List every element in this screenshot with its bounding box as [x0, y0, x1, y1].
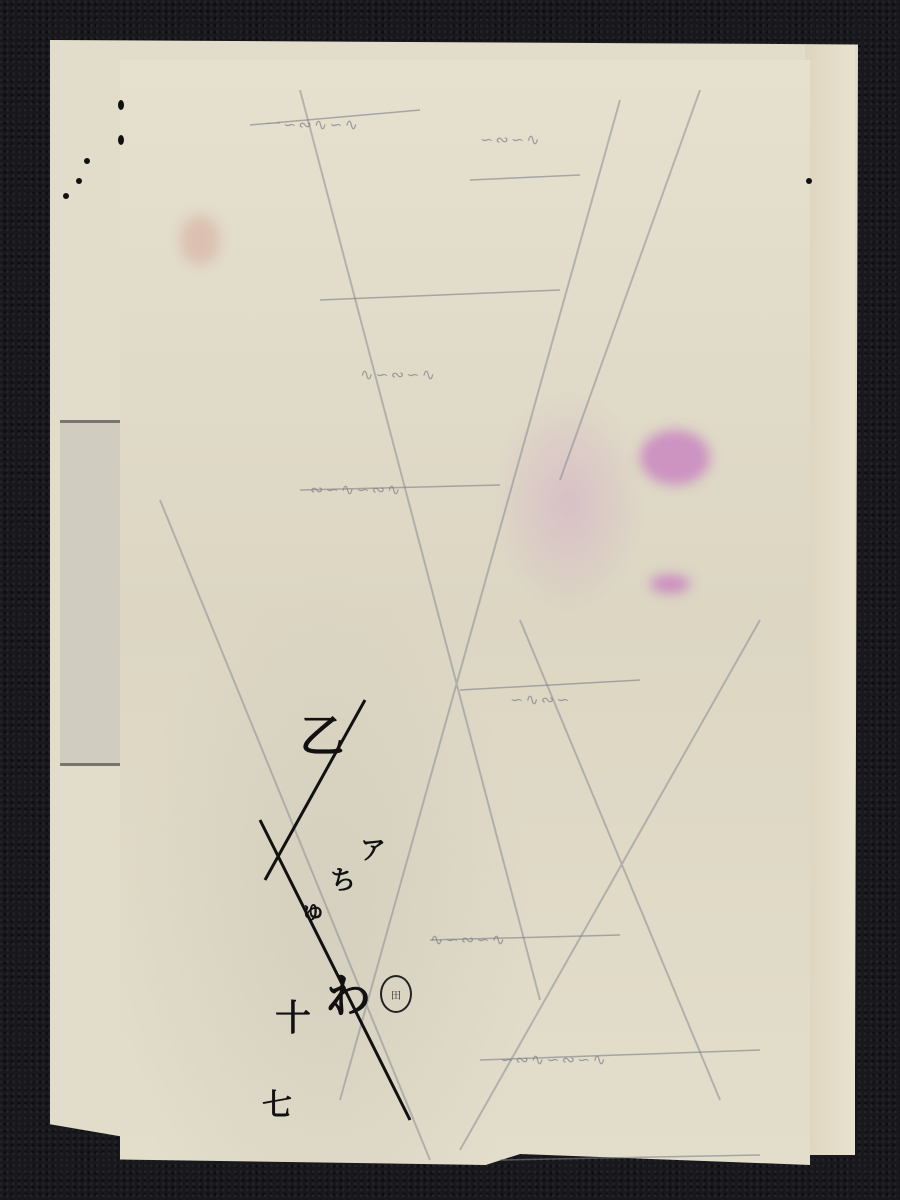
cross-out-lines: [0, 0, 900, 1200]
pencil-text: ∿∽∾∽∿: [430, 930, 507, 949]
binding-hole: [118, 135, 124, 145]
ink-glyph: 十: [275, 990, 311, 1041]
ink-glyph: ゅ: [300, 890, 326, 927]
pencil-text: ∽∿∾∽: [510, 690, 572, 709]
seal-stamp: 田: [380, 975, 412, 1013]
binding-hole: [76, 178, 82, 184]
pencil-text: ∽∾∽∿: [480, 130, 542, 149]
binding-hole: [84, 158, 90, 164]
binding-hole: [806, 178, 812, 184]
ink-glyph: ア: [360, 830, 386, 867]
pencil-text: 一∽∾∿∽∿: [265, 112, 360, 135]
binding-hole: [118, 100, 124, 110]
binding-hole: [63, 193, 69, 199]
pencil-text: ∿∽∾∽∿: [360, 365, 437, 384]
ink-glyph: わ: [325, 960, 371, 1026]
pencil-text: ∽∾∿∽∾∽∿: [500, 1050, 608, 1069]
ink-glyph: 七: [262, 1080, 292, 1124]
ink-glyph: ち: [330, 860, 356, 897]
pencil-text: ∾∽∿∽∾∿: [310, 480, 402, 499]
ink-glyph: 乙: [300, 700, 344, 764]
